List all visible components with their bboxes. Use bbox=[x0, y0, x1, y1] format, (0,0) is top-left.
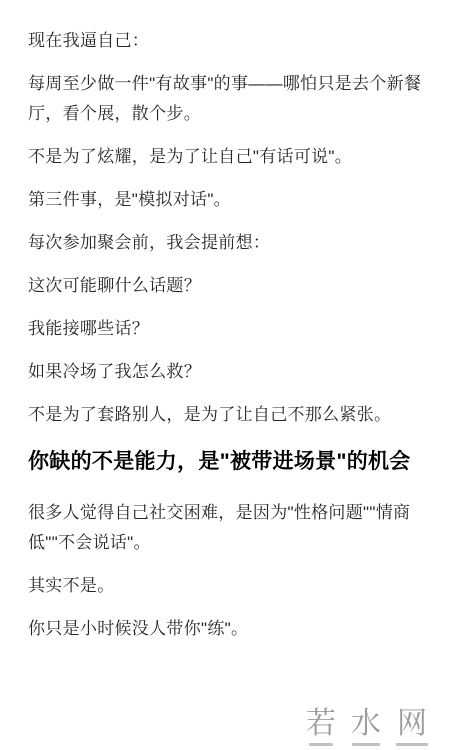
paragraph: 每周至少做一件"有故事"的事——哪怕只是去个新餐厅，看个展，散个步。 bbox=[28, 69, 422, 129]
paragraph: 不是为了炫耀，是为了让自己"有话可说"。 bbox=[28, 142, 422, 172]
watermark-char: 若 bbox=[306, 709, 336, 739]
watermark-char-group: 若 bbox=[306, 709, 336, 746]
watermark-subtext-smudge bbox=[309, 743, 333, 746]
article-body: 现在我逼自己： 每周至少做一件"有故事"的事——哪怕只是去个新餐厅，看个展，散个… bbox=[0, 0, 450, 644]
paragraph: 这次可能聊什么话题？ bbox=[28, 271, 422, 301]
watermark-subtext-smudge bbox=[352, 743, 380, 746]
watermark-char: 网 bbox=[397, 709, 427, 739]
watermark-char-group: 水 bbox=[351, 709, 381, 746]
paragraph: 第三件事，是"模拟对话"。 bbox=[28, 185, 422, 215]
section-heading: 你缺的不是能力，是"被带进场景"的机会 bbox=[28, 446, 422, 478]
paragraph: 你只是小时候没人带你"练"。 bbox=[28, 614, 422, 644]
paragraph: 很多人觉得自己社交困难，是因为"性格问题""情商低""不会说话"。 bbox=[28, 498, 422, 558]
paragraph: 每次参加聚会前，我会提前想： bbox=[28, 228, 422, 258]
paragraph: 不是为了套路别人，是为了让自己不那么紧张。 bbox=[28, 400, 422, 430]
watermark: 若 水 网 bbox=[306, 709, 428, 746]
paragraph: 如果冷场了我怎么救？ bbox=[28, 357, 422, 387]
watermark-char: 水 bbox=[351, 709, 381, 739]
paragraph: 现在我逼自己： bbox=[28, 26, 422, 56]
paragraph: 我能接哪些话？ bbox=[28, 314, 422, 344]
paragraph: 其实不是。 bbox=[28, 571, 422, 601]
watermark-subtext-smudge bbox=[396, 743, 428, 746]
watermark-char-group: 网 bbox=[396, 709, 428, 746]
